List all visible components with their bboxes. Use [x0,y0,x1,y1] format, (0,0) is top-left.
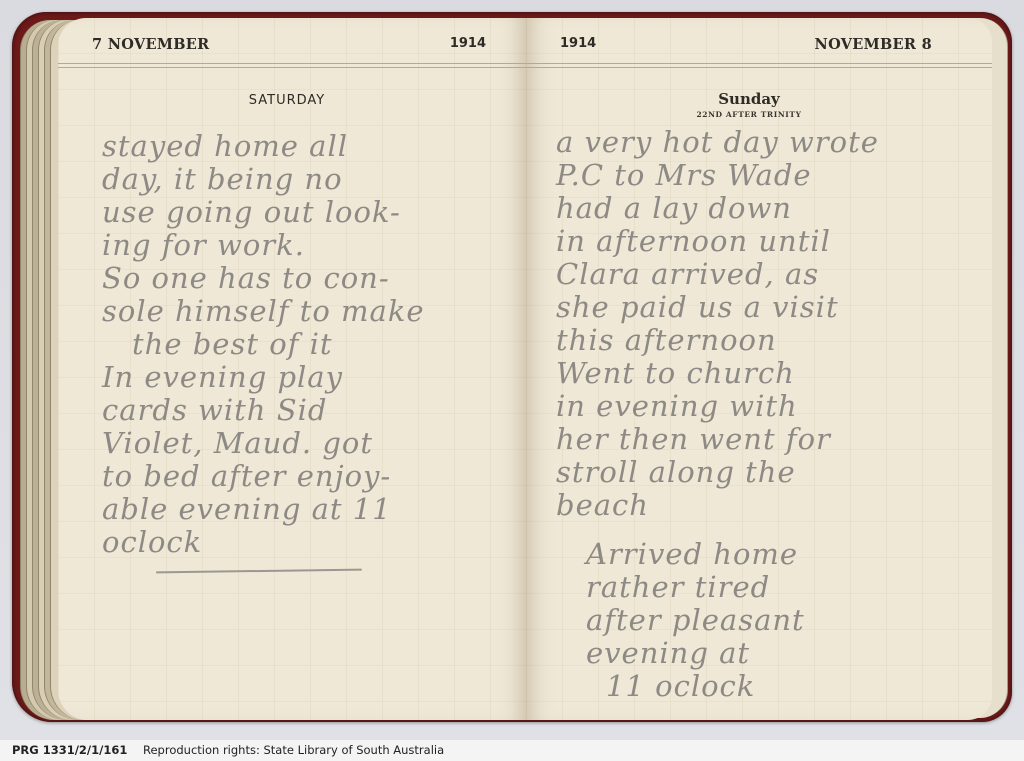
entry-line: in afternoon until [556,225,986,258]
entry-line: evening at [556,637,986,670]
entry-line: a very hot day wrote [556,126,986,159]
image-caption-bar: PRG 1331/2/1/161 Reproduction rights: St… [0,740,1024,761]
entry-line: day, it being no [102,163,522,196]
entry-line: able evening at 11 [102,493,522,526]
entry-line: So one has to con- [102,262,522,295]
entry-line: P.C to Mrs Wade [556,159,986,192]
left-header-date: 7 NOVEMBER [92,36,209,53]
entry-line: stroll along the [556,456,986,489]
entry-line: sole himself to make [102,295,522,328]
right-header-date: NOVEMBER 8 [815,36,932,53]
entry-line: this afternoon [556,324,986,357]
entry-line: Violet, Maud. got [102,427,522,460]
entry-spacer [556,522,986,538]
right-header-year: 1914 [560,36,596,51]
reproduction-rights: Reproduction rights: State Library of So… [143,743,444,757]
entry-end-stroke [156,569,362,574]
entry-line: beach [556,489,986,522]
entry-line: use going out look- [102,196,522,229]
left-diary-page: 7 NOVEMBER 1914 SATURDAY stayed home all… [58,18,526,720]
entry-line: she paid us a visit [556,291,986,324]
entry-line: after pleasant [556,604,986,637]
entry-line: Went to church [556,357,986,390]
archive-reference: PRG 1331/2/1/161 [12,743,127,757]
liturgical-subtitle: 22ND AFTER TRINITY [526,110,992,119]
entry-line: rather tired [556,571,986,604]
entry-line: oclock [102,526,522,559]
entry-line: had a lay down [556,192,986,225]
right-diary-page: 1914 NOVEMBER 8 Sunday 22ND AFTER TRINIT… [526,18,992,720]
entry-line: In evening play [102,361,522,394]
left-header-year: 1914 [450,36,486,51]
right-day-title: Sunday [526,90,992,108]
left-handwritten-entry: stayed home all day, it being no use goi… [102,130,522,559]
left-page-header: 7 NOVEMBER 1914 [58,36,526,58]
entry-line: Arrived home [556,538,986,571]
left-day-title: SATURDAY [58,93,526,108]
entry-line: 11 oclock [556,670,986,703]
entry-line: her then went for [556,423,986,456]
scanned-diary-image: 7 NOVEMBER 1914 SATURDAY stayed home all… [0,0,1024,740]
entry-line: the best of it [102,328,522,361]
entry-line: stayed home all [102,130,522,163]
entry-line: cards with Sid [102,394,522,427]
header-double-rule [58,63,526,68]
entry-line: ing for work. [102,229,522,262]
right-page-header: 1914 NOVEMBER 8 [526,36,992,58]
entry-line: to bed after enjoy- [102,460,522,493]
entry-line: in evening with [556,390,986,423]
entry-line: Clara arrived, as [556,258,986,291]
header-double-rule [526,63,992,68]
right-handwritten-entry: a very hot day wrote P.C to Mrs Wade had… [556,126,986,703]
